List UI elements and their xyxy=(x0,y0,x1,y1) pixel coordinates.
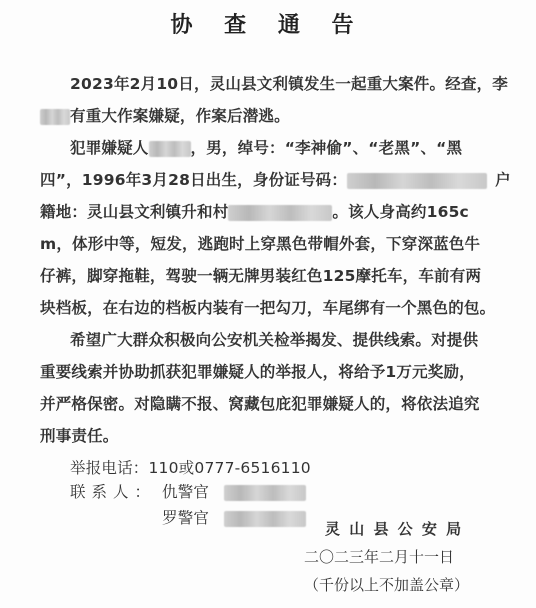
paragraph3-line3: 并严格保密。对隐瞒不报、窝藏包庇犯罪嫌疑人的，将依法追究 xyxy=(40,392,480,414)
redacted-phone-luo xyxy=(224,511,306,527)
redacted-name xyxy=(40,109,70,125)
redacted-suspect-name xyxy=(149,141,191,157)
report-phone: 举报电话：110或0777-6516110 xyxy=(70,456,311,478)
birth-id-label: 四”，1996年3月28日出生，身份证号码： xyxy=(40,171,347,189)
contacts-row-1: 联系人：仇警官 xyxy=(70,480,306,502)
paragraph2-line4: m，体形中等，短发，逃跑时上穿黑色带帽外套，下穿深蓝色牛 xyxy=(40,232,480,254)
paragraph1-line1: 2023年2月10日，灵山县文利镇发生一起重大案件。经查，李 xyxy=(70,72,508,94)
redacted-address xyxy=(228,205,332,221)
hukou-prefix: 户 xyxy=(495,171,511,189)
paragraph2-line2: 四”，1996年3月28日出生，身份证号码：户 xyxy=(40,168,511,190)
notice-document: 协 查 通 告 2023年2月10日，灵山县文利镇发生一起重大案件。经查，李 有… xyxy=(0,0,536,608)
issuer: 灵 山 县 公 安 局 xyxy=(325,518,463,539)
paragraph3-line4: 刑事责任。 xyxy=(40,424,119,446)
height-text: 。该人身高约165c xyxy=(332,203,469,221)
paragraph1-line2-text: 有重大作案嫌疑，作案后潜逃。 xyxy=(70,107,290,125)
redacted-id-number xyxy=(347,173,487,189)
contacts-label: 联系人： xyxy=(70,480,162,502)
paragraph2-line1: 犯罪嫌疑人，男，绰号：“李神偷”、“老黑”、“黑 xyxy=(70,136,462,158)
officer-luo: 罗警官 xyxy=(162,509,209,527)
document-title: 协 查 通 告 xyxy=(0,8,536,39)
issue-date: 二〇二三年二月十一日 xyxy=(304,546,454,567)
residence-label: 籍地：灵山县文利镇升和村 xyxy=(40,203,228,221)
suspect-aliases: ，男，绰号：“李神偷”、“老黑”、“黑 xyxy=(191,139,463,157)
officer-qiu: 仇警官 xyxy=(162,483,209,501)
paragraph2-line5: 仔裤，脚穿拖鞋，驾驶一辆无牌男装红色125摩托车，车前有两 xyxy=(40,264,481,286)
suspect-label: 犯罪嫌疑人 xyxy=(70,139,149,157)
paragraph3-line1: 希望广大群众积极向公安机关检举揭发、提供线索。对提供 xyxy=(70,328,478,350)
paragraph2-line6: 块档板，在右边的档板内装有一把勾刀，车尾绑有一个黑色的包。 xyxy=(40,296,495,318)
redacted-phone-qiu xyxy=(224,485,306,501)
stamp-note: （千份以上不加盖公章） xyxy=(304,574,469,595)
contacts-row-2: 罗警官 xyxy=(70,506,306,528)
paragraph2-line3: 籍地：灵山县文利镇升和村。该人身高约165c xyxy=(40,200,469,222)
paragraph1-line2: 有重大作案嫌疑，作案后潜逃。 xyxy=(40,104,290,126)
paragraph3-line2: 重要线索并协助抓获犯罪嫌疑人的举报人，将给予1万元奖励， xyxy=(40,360,475,382)
